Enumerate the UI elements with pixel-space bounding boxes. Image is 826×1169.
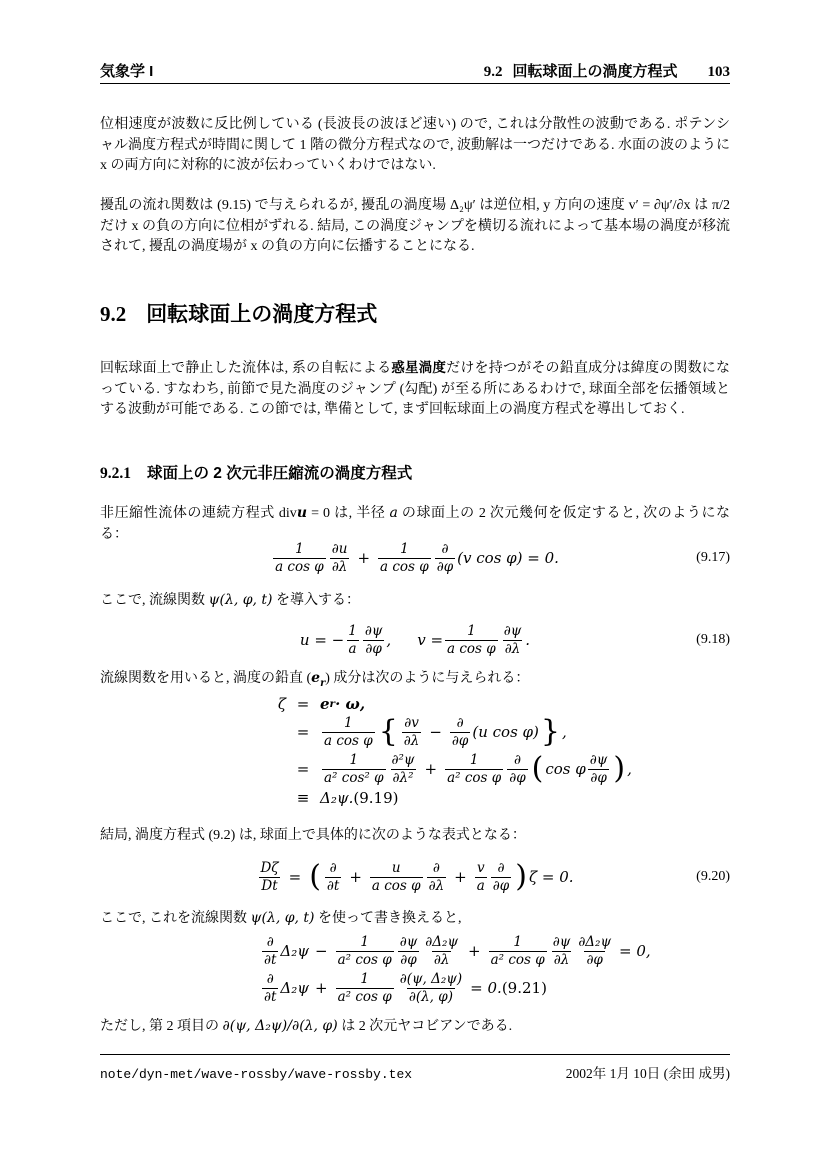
identity-sign: ≡ xyxy=(286,789,320,807)
running-title: 気象学 I xyxy=(100,60,153,81)
fraction: ∂∂φ xyxy=(507,752,527,787)
paragraph-dispersion: 位相速度が波数に反比例している (長波長の波ほど速い) ので, これは分散性の波… xyxy=(100,115,730,177)
math-term: ζ = 0. xyxy=(529,868,574,886)
math-jacobian: ∂(ψ, Δ₂ψ)/∂(λ, φ) xyxy=(223,1018,338,1034)
text-segment: を使って書き換えると, xyxy=(315,911,462,926)
math-comma: , xyxy=(627,760,632,778)
math-er-vector: e xyxy=(311,670,320,686)
section-heading: 9.2 回転球面上の渦度方程式 xyxy=(100,298,730,328)
fraction: ∂∂t xyxy=(325,860,341,895)
fraction: 1a² cos² φ xyxy=(322,752,386,787)
fraction: ∂∂φ xyxy=(450,715,470,750)
fraction: ∂u∂λ xyxy=(330,541,350,576)
fraction: ua cos φ xyxy=(370,860,423,895)
fraction: ∂ψ∂λ xyxy=(551,934,573,969)
fraction: ∂ψ∂φ xyxy=(588,752,610,787)
fraction: 1a cos φ xyxy=(322,715,375,750)
fraction: va xyxy=(475,860,487,895)
text-segment: = 0 は, 半径 xyxy=(307,506,389,521)
fraction: 1a xyxy=(346,623,359,658)
plus-operator: + xyxy=(468,942,481,960)
eq-9-19-row-4: ≡ Δ₂ψ. (9.19) xyxy=(100,789,730,807)
header-rule xyxy=(100,83,730,84)
fraction: 1a² cos φ xyxy=(445,752,503,787)
math-term: (u cos φ) xyxy=(472,723,539,741)
equals-sign: = xyxy=(289,868,302,886)
page-header: 気象学 I 9.2 回転球面上の渦度方程式 103 xyxy=(100,60,730,81)
footer-date-author: 2002年 1月 10日 (余田 成男) xyxy=(566,1062,730,1082)
line-streamfunction-intro: ここで, 流線関数 ψ(λ, φ, t) を導入する： xyxy=(100,590,730,612)
section-number: 9.2 xyxy=(100,302,126,327)
running-section-title: 回転球面上の渦度方程式 xyxy=(512,60,677,81)
math-term: = 0, xyxy=(619,942,651,960)
equation-9-18: u = − 1a ∂ψ∂φ , v = 1a cos φ ∂ψ∂λ . (9.1… xyxy=(100,618,730,662)
fraction: DζDt xyxy=(258,860,280,895)
right-brace: } xyxy=(541,717,560,747)
fraction: ∂∂t xyxy=(262,971,278,1006)
term-planetary-vorticity: 惑星渦度 xyxy=(391,360,446,375)
eq-9-19-row-1: ζ = er · ω, xyxy=(100,695,730,713)
line-vorticity-eq-intro: 結局, 渦度方程式 (9.2) は, 球面上で具体的に次のような表式となる： xyxy=(100,826,730,847)
fraction: 1a² cos φ xyxy=(336,971,394,1006)
math-term: cos φ xyxy=(545,760,585,778)
text-segment: ) 成分は次のように与えられる： xyxy=(325,671,529,686)
eq-9-21-row-2: ∂∂t Δ₂ψ + 1a² cos φ ∂(ψ, Δ₂ψ)∂(λ, φ) = 0… xyxy=(100,971,730,1006)
plus-operator: + xyxy=(357,549,370,567)
eq-9-19-row-3: = 1a² cos² φ ∂²ψ∂λ² + 1a² cos φ ∂∂φ ( co… xyxy=(100,752,730,787)
fraction: 1a² cos φ xyxy=(336,934,394,969)
math-er-vector: e xyxy=(320,695,330,713)
text-segment: ここで, これを流線関数 xyxy=(100,911,251,926)
paragraph-perturbation: 擾乱の流れ関数は (9.15) で与えられるが, 擾乱の渦度場 Δ₂ψ′ は逆位… xyxy=(100,196,730,258)
equation-9-19: ζ = er · ω, = 1a cos φ { ∂v∂λ − ∂∂φ (u c… xyxy=(100,694,730,808)
fraction: ∂ψ∂φ xyxy=(398,934,420,969)
running-section: 9.2 回転球面上の渦度方程式 103 xyxy=(484,60,730,81)
equation-number-9-17: (9.17) xyxy=(696,550,730,566)
math-comma: , xyxy=(386,631,391,649)
subsection-heading: 9.2.1 球面上の 2 次元非圧縮流の渦度方程式 xyxy=(100,461,730,483)
fraction: ∂²ψ∂λ² xyxy=(390,752,417,787)
math-zeta: ζ xyxy=(100,695,286,713)
fraction: 1a cos φ xyxy=(378,541,431,576)
running-section-number: 9.2 xyxy=(484,64,503,81)
fraction: ∂∂λ xyxy=(427,860,447,895)
right-paren: ) xyxy=(515,862,527,892)
text-segment: 流線関数を用いると, 渦度の鉛直 ( xyxy=(100,671,311,686)
fraction: 1a² cos φ xyxy=(489,934,547,969)
equation-number-9-20: (9.20) xyxy=(696,869,730,885)
subsection-number: 9.2.1 xyxy=(100,465,131,483)
eq-9-21-row-1: ∂∂t Δ₂ψ − 1a² cos φ ∂ψ∂φ ∂Δ₂ψ∂λ + 1a² co… xyxy=(100,934,730,969)
math-term: = 0. xyxy=(470,979,502,997)
plus-operator: + xyxy=(454,868,467,886)
paragraph-section-intro: 回転球面上で静止した流体は, 系の自転による惑星渦度だけを持つがその鉛直成分は緯… xyxy=(100,358,730,421)
math-period: . xyxy=(525,631,530,649)
math-radius-a: a xyxy=(389,505,397,521)
equation-number-9-21: (9.21) xyxy=(502,979,547,997)
left-paren: ( xyxy=(309,862,321,892)
plus-operator: + xyxy=(425,760,438,778)
text-segment: 回転球面上で静止した流体は, 系の自転による xyxy=(100,361,391,376)
page-number: 103 xyxy=(708,64,731,81)
math-term: Δ₂ψ xyxy=(280,942,309,960)
minus-operator: − xyxy=(315,942,328,960)
equals-sign: = xyxy=(286,723,320,741)
math-psi-args: ψ(λ, φ, t) xyxy=(209,592,273,608)
fraction: 1a cos φ xyxy=(273,541,326,576)
math-term: Δ₂ψ xyxy=(280,979,309,997)
fraction: ∂ψ∂φ xyxy=(363,623,385,658)
line-rewrite-intro: ここで, これを流線関数 ψ(λ, φ, t) を使って書き換えると, xyxy=(100,908,730,930)
text-segment: 非圧縮性流体の連続方程式 div xyxy=(100,506,297,521)
equals-sign: = xyxy=(286,695,320,713)
equals-sign: = xyxy=(286,760,320,778)
page-footer: note/dyn-met/wave-rossby/wave-rossby.tex… xyxy=(100,1054,730,1082)
equation-number-9-18: (9.18) xyxy=(696,632,730,648)
math-u-vector: u xyxy=(297,505,307,521)
math-term: Δ₂ψ. xyxy=(320,789,353,807)
left-brace: { xyxy=(379,717,398,747)
text-segment: を導入する： xyxy=(273,593,361,608)
fraction: ∂Δ₂ψ∂φ xyxy=(576,934,613,969)
math-term: v = xyxy=(417,631,443,649)
fraction: ∂∂φ xyxy=(491,860,511,895)
fraction: ∂Δ₂ψ∂λ xyxy=(423,934,460,969)
math-omega-term: · ω, xyxy=(335,695,365,713)
math-comma: , xyxy=(562,723,567,741)
fraction: ∂ψ∂λ xyxy=(502,623,524,658)
minus-operator: − xyxy=(429,723,442,741)
plus-operator: + xyxy=(349,868,362,886)
math-term: u = − xyxy=(300,631,344,649)
subsection-title: 球面上の 2 次元非圧縮流の渦度方程式 xyxy=(147,461,412,483)
plus-operator: + xyxy=(315,979,328,997)
equation-9-20: DζDt = ( ∂∂t + ua cos φ ∂∂λ + va ∂∂φ ) ζ… xyxy=(100,852,730,902)
line-vorticity-intro: 流線関数を用いると, 渦度の鉛直 (er) 成分は次のように与えられる： xyxy=(100,668,730,695)
math-term: (v cos φ) = 0. xyxy=(457,549,559,567)
math-psi-args: ψ(λ, φ, t) xyxy=(251,910,315,926)
fraction: 1a cos φ xyxy=(445,623,498,658)
eq-9-19-row-2: = 1a cos φ { ∂v∂λ − ∂∂φ (u cos φ) } , xyxy=(100,715,730,750)
fraction: ∂∂t xyxy=(262,934,278,969)
fraction: ∂v∂λ xyxy=(402,715,422,750)
equation-9-21: ∂∂t Δ₂ψ − 1a² cos φ ∂ψ∂φ ∂Δ₂ψ∂λ + 1a² co… xyxy=(100,933,730,1007)
right-paren: ) xyxy=(613,754,625,784)
text-segment: は 2 次元ヤコビアンである. xyxy=(338,1019,512,1034)
source-file-path: note/dyn-met/wave-rossby/wave-rossby.tex xyxy=(100,1067,412,1082)
left-paren: ( xyxy=(532,754,544,784)
equation-9-17: 1a cos φ ∂u∂λ + 1a cos φ ∂∂φ (v cos φ) =… xyxy=(100,536,730,580)
text-segment: ここで, 流線関数 xyxy=(100,593,209,608)
fraction: ∂∂φ xyxy=(435,541,455,576)
section-title: 回転球面上の渦度方程式 xyxy=(146,298,377,328)
line-jacobian-note: ただし, 第 2 項目の ∂(ψ, Δ₂ψ)/∂(λ, φ) は 2 次元ヤコビ… xyxy=(100,1016,730,1038)
equation-number-9-19: (9.19) xyxy=(353,789,398,807)
fraction: ∂(ψ, Δ₂ψ)∂(λ, φ) xyxy=(398,971,464,1006)
text-segment: ただし, 第 2 項目の xyxy=(100,1019,223,1034)
